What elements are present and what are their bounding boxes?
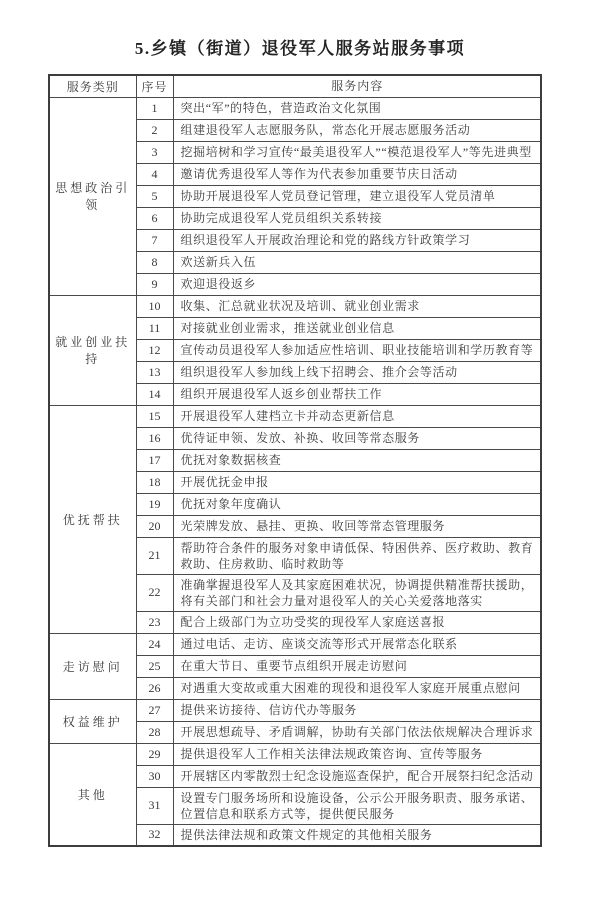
serial-number-cell: 22 — [136, 574, 173, 611]
service-content-cell: 开展退役军人建档立卡并动态更新信息 — [173, 405, 541, 427]
service-content-cell: 宣传动员退役军人参加适应性培训、职业技能培训和学历教育等 — [173, 339, 541, 361]
service-content-cell: 组建退役军人志愿服务队，常态化开展志愿服务活动 — [173, 119, 541, 141]
serial-number-cell: 8 — [136, 251, 173, 273]
service-content-cell: 准确掌握退役军人及其家庭困难状况，协调提供精准帮扶援助，将有关部门和社会力量对退… — [173, 574, 541, 611]
service-content-cell: 挖掘培树和学习宣传“最美退役军人”“模范退役军人”等先进典型 — [173, 141, 541, 163]
service-content-cell: 开展思想疏导、矛盾调解，协助有关部门依法依规解决合理诉求 — [173, 721, 541, 743]
serial-number-cell: 1 — [136, 97, 173, 119]
serial-number-cell: 16 — [136, 427, 173, 449]
table-header: 服务类别 序号 服务内容 — [49, 75, 541, 97]
serial-number-cell: 31 — [136, 787, 173, 824]
serial-number-cell: 10 — [136, 295, 173, 317]
serial-number-cell: 20 — [136, 515, 173, 537]
service-content-cell: 收集、汇总就业状况及培训、就业创业需求 — [173, 295, 541, 317]
page-title: 5.乡镇（街道）退役军人服务站服务事项 — [0, 0, 600, 74]
service-content-cell: 光荣牌发放、悬挂、更换、收回等常态管理服务 — [173, 515, 541, 537]
header-row: 服务类别 序号 服务内容 — [49, 75, 541, 97]
serial-number-cell: 27 — [136, 699, 173, 721]
service-content-cell: 组织退役军人开展政治理论和党的路线方针政策学习 — [173, 229, 541, 251]
serial-number-cell: 32 — [136, 824, 173, 846]
service-content-cell: 优抚对象数据核查 — [173, 449, 541, 471]
service-content-cell: 邀请优秀退役军人等作为代表参加重要节庆日活动 — [173, 163, 541, 185]
service-items-table: 服务类别 序号 服务内容 思想政治引领1突出“军”的特色，营造政治文化氛围2组建… — [48, 74, 542, 847]
document-page: 5.乡镇（街道）退役军人服务站服务事项 服务类别 序号 服务内容 思想政治引领1… — [0, 0, 600, 911]
serial-number-cell: 6 — [136, 207, 173, 229]
serial-number-cell: 19 — [136, 493, 173, 515]
serial-number-cell: 4 — [136, 163, 173, 185]
header-service-content: 服务内容 — [173, 75, 541, 97]
table-body: 思想政治引领1突出“军”的特色，营造政治文化氛围2组建退役军人志愿服务队，常态化… — [49, 97, 541, 846]
service-content-cell: 优抚对象年度确认 — [173, 493, 541, 515]
category-cell: 其他 — [49, 743, 136, 846]
serial-number-cell: 30 — [136, 765, 173, 787]
header-service-category: 服务类别 — [49, 75, 136, 97]
serial-number-cell: 2 — [136, 119, 173, 141]
category-cell: 走访慰问 — [49, 633, 136, 699]
service-content-cell: 通过电话、走访、座谈交流等形式开展常态化联系 — [173, 633, 541, 655]
service-content-cell: 对遇重大变故或重大困难的现役和退役军人家庭开展重点慰问 — [173, 677, 541, 699]
service-content-cell: 突出“军”的特色，营造政治文化氛围 — [173, 97, 541, 119]
serial-number-cell: 21 — [136, 537, 173, 574]
table-row: 就业创业扶持10收集、汇总就业状况及培训、就业创业需求 — [49, 295, 541, 317]
service-content-cell: 协助开展退役军人党员登记管理，建立退役军人党员清单 — [173, 185, 541, 207]
table-row: 权益维护27提供来访接待、信访代办等服务 — [49, 699, 541, 721]
service-content-cell: 开展辖区内零散烈士纪念设施巡查保护，配合开展祭扫纪念活动 — [173, 765, 541, 787]
service-content-cell: 组织开展退役军人返乡创业帮扶工作 — [173, 383, 541, 405]
serial-number-cell: 13 — [136, 361, 173, 383]
service-content-cell: 协助完成退役军人党员组织关系转接 — [173, 207, 541, 229]
service-content-cell: 提供退役军人工作相关法律法规政策咨询、宣传等服务 — [173, 743, 541, 765]
table-row: 其他29提供退役军人工作相关法律法规政策咨询、宣传等服务 — [49, 743, 541, 765]
table-row: 思想政治引领1突出“军”的特色，营造政治文化氛围 — [49, 97, 541, 119]
category-cell: 就业创业扶持 — [49, 295, 136, 405]
service-content-cell: 组织退役军人参加线上线下招聘会、推介会等活动 — [173, 361, 541, 383]
table-row: 走访慰问24通过电话、走访、座谈交流等形式开展常态化联系 — [49, 633, 541, 655]
serial-number-cell: 23 — [136, 611, 173, 633]
serial-number-cell: 17 — [136, 449, 173, 471]
category-cell: 优抚帮扶 — [49, 405, 136, 633]
serial-number-cell: 7 — [136, 229, 173, 251]
table-row: 优抚帮扶15开展退役军人建档立卡并动态更新信息 — [49, 405, 541, 427]
serial-number-cell: 14 — [136, 383, 173, 405]
category-cell: 思想政治引领 — [49, 97, 136, 295]
service-content-cell: 帮助符合条件的服务对象申请低保、特困供养、医疗救助、教育救助、住房救助、临时救助… — [173, 537, 541, 574]
serial-number-cell: 29 — [136, 743, 173, 765]
serial-number-cell: 18 — [136, 471, 173, 493]
serial-number-cell: 24 — [136, 633, 173, 655]
service-content-cell: 在重大节日、重要节点组织开展走访慰问 — [173, 655, 541, 677]
serial-number-cell: 28 — [136, 721, 173, 743]
serial-number-cell: 11 — [136, 317, 173, 339]
service-content-cell: 提供来访接待、信访代办等服务 — [173, 699, 541, 721]
service-content-cell: 欢迎退役返乡 — [173, 273, 541, 295]
serial-number-cell: 15 — [136, 405, 173, 427]
service-content-cell: 设置专门服务场所和设施设备，公示公开服务职责、服务承诺、位置信息和联系方式等，提… — [173, 787, 541, 824]
serial-number-cell: 25 — [136, 655, 173, 677]
service-content-cell: 对接就业创业需求，推送就业创业信息 — [173, 317, 541, 339]
serial-number-cell: 5 — [136, 185, 173, 207]
serial-number-cell: 12 — [136, 339, 173, 361]
service-content-cell: 欢送新兵入伍 — [173, 251, 541, 273]
category-cell: 权益维护 — [49, 699, 136, 743]
serial-number-cell: 26 — [136, 677, 173, 699]
service-content-cell: 提供法律法规和政策文件规定的其他相关服务 — [173, 824, 541, 846]
service-content-cell: 优待证申领、发放、补换、收回等常态服务 — [173, 427, 541, 449]
service-content-cell: 开展优抚金申报 — [173, 471, 541, 493]
service-content-cell: 配合上级部门为立功受奖的现役军人家庭送喜报 — [173, 611, 541, 633]
serial-number-cell: 3 — [136, 141, 173, 163]
header-serial-number: 序号 — [136, 75, 173, 97]
serial-number-cell: 9 — [136, 273, 173, 295]
